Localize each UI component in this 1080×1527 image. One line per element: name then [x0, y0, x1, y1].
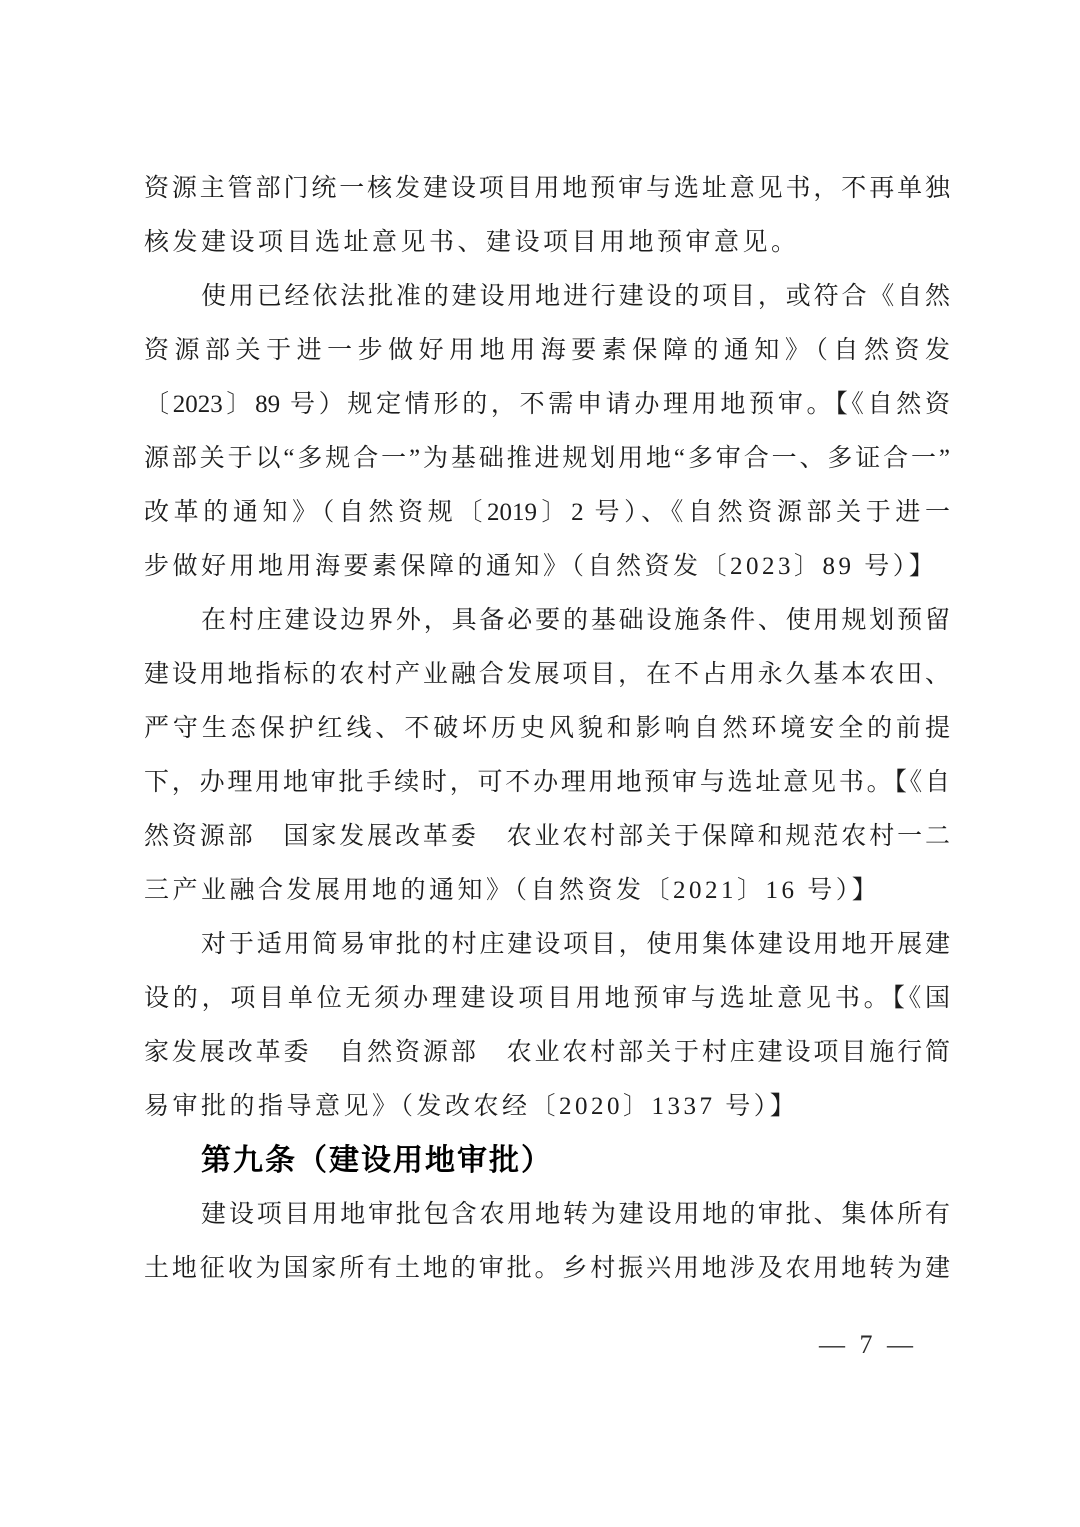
text-line: 使用已经依法批准的建设用地进行建设的项目，或符合《自然: [144, 270, 950, 324]
text-line: 对于适用简易审批的村庄建设项目，使用集体建设用地开展建: [144, 918, 950, 972]
text-line: 土地征收为国家所有土地的审批。乡村振兴用地涉及农用地转为建: [144, 1242, 950, 1296]
text-line: 资源主管部门统一核发建设项目用地预审与选址意见书，不再单独: [144, 162, 950, 216]
section-heading: 第九条（建设用地审批）: [144, 1134, 950, 1188]
text-line: 三产业融合发展用地的通知》（自然资发〔2021〕16 号）】: [144, 864, 950, 918]
text-line: 步做好用地用海要素保障的通知》（自然资发〔2023〕89 号）】: [144, 540, 950, 594]
document-page: 资源主管部门统一核发建设项目用地预审与选址意见书，不再单独 核发建设项目选址意见…: [0, 0, 1080, 1527]
text-line: 建设项目用地审批包含农用地转为建设用地的审批、集体所有: [144, 1188, 950, 1242]
text-line: 〔2023〕89 号）规定情形的，不需申请办理用地预审。【《自然资: [144, 378, 950, 432]
text-line: 家发展改革委 自然资源部 农业农村部关于村庄建设项目施行简: [144, 1026, 950, 1080]
text-line: 资源部关于进一步做好用地用海要素保障的通知》（自然资发: [144, 324, 950, 378]
text-line: 源部关于以“多规合一”为基础推进规划用地“多审合一、多证合一”: [144, 432, 950, 486]
text-line: 设的，项目单位无须办理建设项目用地预审与选址意见书。【《国: [144, 972, 950, 1026]
text-line: 严守生态保护红线、不破坏历史风貌和影响自然环境安全的前提: [144, 702, 950, 756]
text-line: 建设用地指标的农村产业融合发展项目，在不占用永久基本农田、: [144, 648, 950, 702]
text-line: 然资源部 国家发展改革委 农业农村部关于保障和规范农村一二: [144, 810, 950, 864]
text-line: 下，办理用地审批手续时，可不办理用地预审与选址意见书。【《自: [144, 756, 950, 810]
document-text-block: 资源主管部门统一核发建设项目用地预审与选址意见书，不再单独 核发建设项目选址意见…: [144, 162, 950, 1296]
text-line: 改革的通知》（自然资规〔2019〕2 号）、《自然资源部关于进一: [144, 486, 950, 540]
text-line: 核发建设项目选址意见书、建设项目用地预审意见。: [144, 216, 950, 270]
page-number: — 7 —: [144, 1320, 917, 1370]
text-line: 在村庄建设边界外，具备必要的基础设施条件、使用规划预留: [144, 594, 950, 648]
text-line: 易审批的指导意见》（发改农经〔2020〕1337 号）】: [144, 1080, 950, 1134]
